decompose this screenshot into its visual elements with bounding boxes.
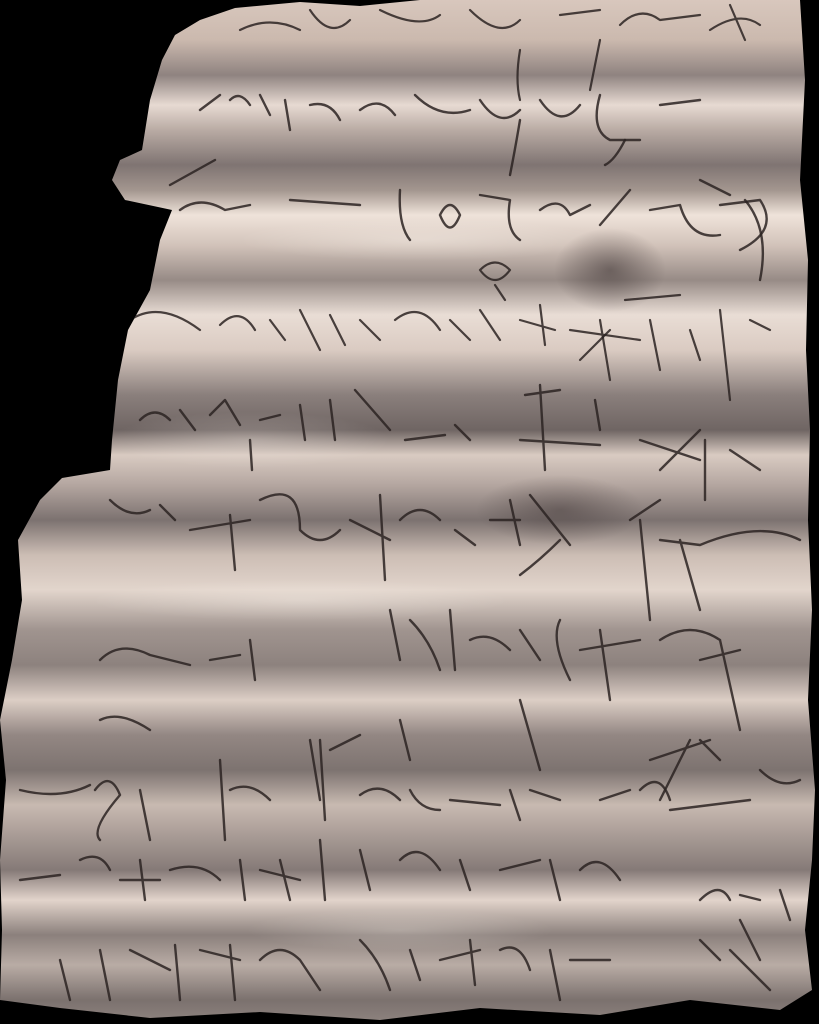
- inscription-line-1: [240, 5, 760, 100]
- inscription-line-11: [60, 920, 770, 1000]
- lead-tablet: [0, 0, 819, 1024]
- inscription-line-3: [170, 160, 767, 280]
- inscription-line-2: [200, 95, 700, 175]
- inscription-line-6: [110, 494, 800, 620]
- incised-inscription: [0, 0, 819, 1024]
- inscription-line-10: [20, 840, 790, 920]
- photo-scene: inscribed lead tablet with incised cursi…: [0, 0, 819, 1024]
- inscription-line-4: [130, 263, 770, 401]
- inscription-line-8: [100, 700, 720, 800]
- inscription-line-7: [100, 610, 740, 730]
- inscription-line-5: [140, 385, 760, 500]
- image-subject: inscribed lead tablet with incised cursi…: [0, 0, 1, 1]
